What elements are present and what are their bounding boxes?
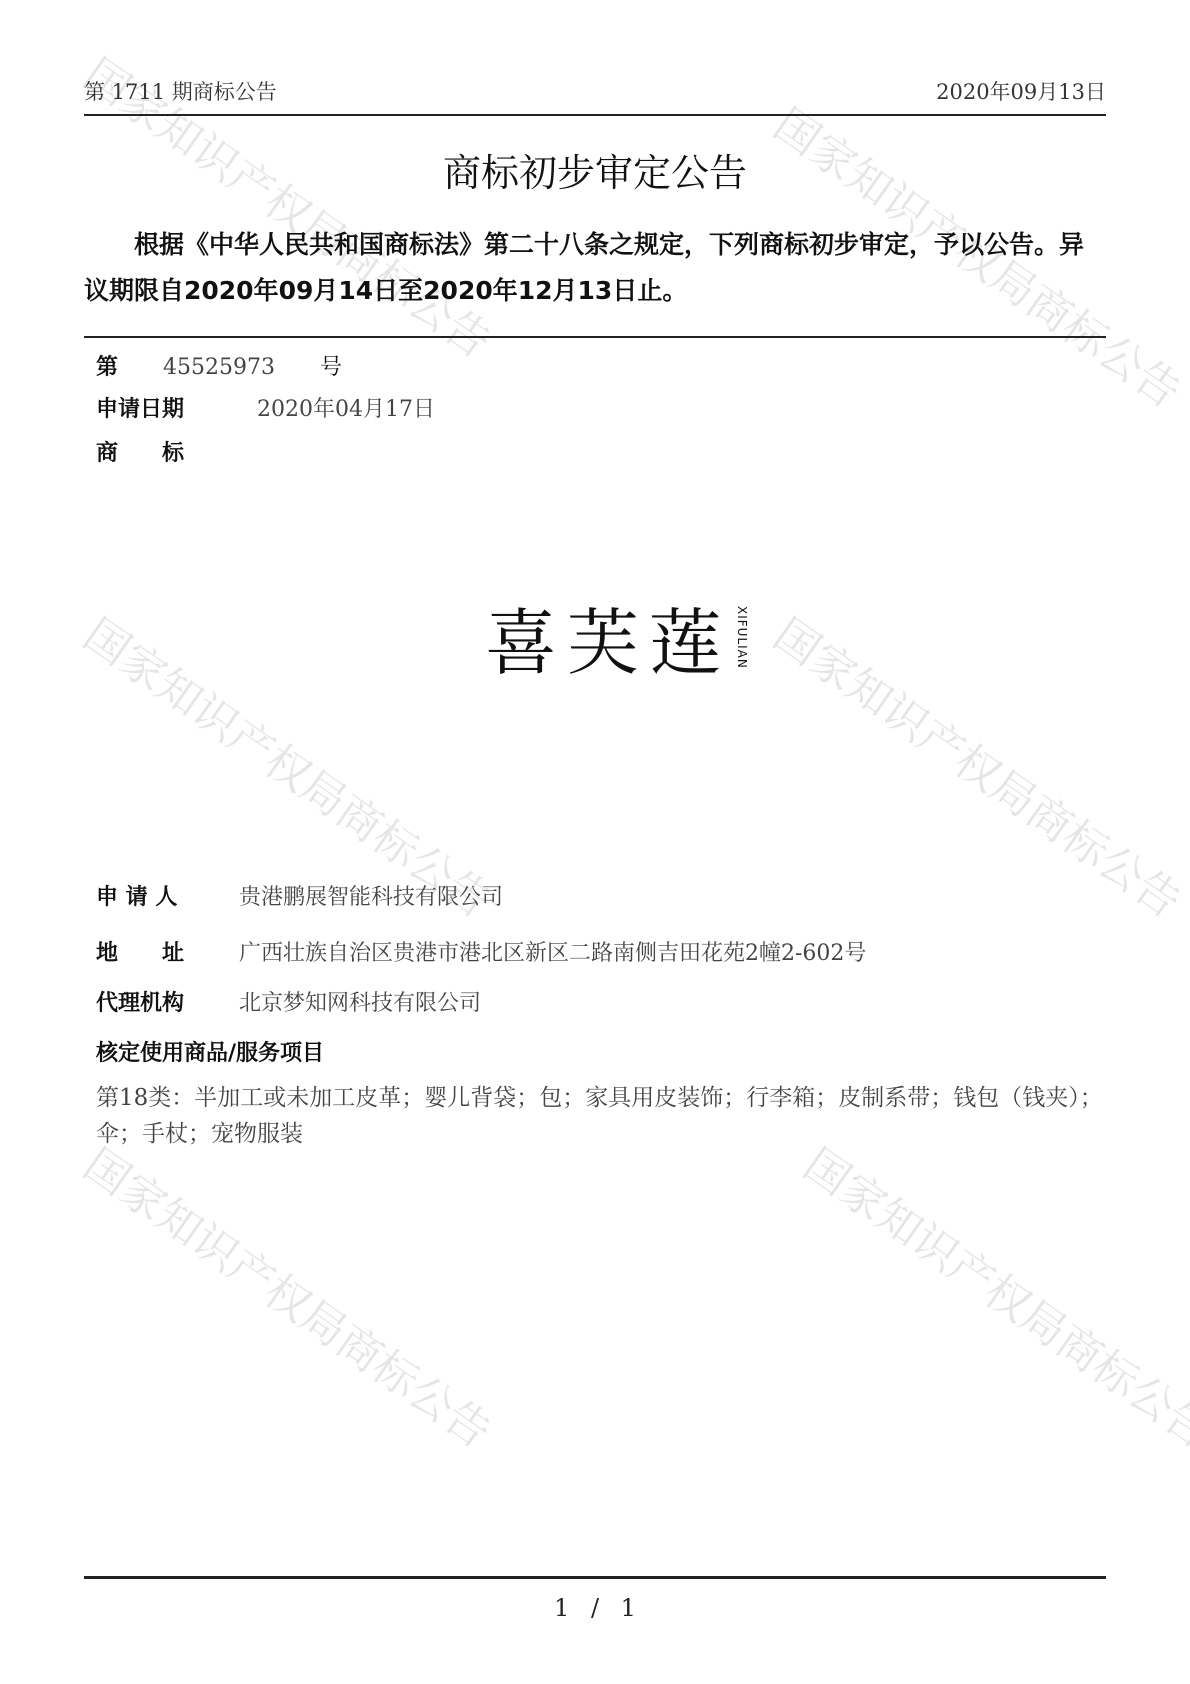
- trademark-row: 商 标: [96, 436, 184, 467]
- registration-number: 第 45525973 号: [96, 350, 342, 381]
- number-suffix: 号: [320, 350, 342, 381]
- agent-label: 代理机构: [96, 986, 232, 1017]
- application-date: 申请日期 2020年04月17日: [96, 392, 435, 423]
- trademark-image: 喜芙莲 XIFULIAN: [485, 585, 749, 689]
- application-date-label: 申请日期: [96, 392, 250, 423]
- intro-paragraph: 根据《中华人民共和国商标法》第二十八条之规定，下列商标初步审定，予以公告。异议期…: [84, 222, 1106, 314]
- applicant-value: 贵港鹏展智能科技有限公司: [239, 885, 503, 910]
- goods-heading-row: 核定使用商品/服务项目: [96, 1036, 324, 1067]
- applicant-label: 申 请 人: [96, 880, 232, 911]
- applicant-row: 申 请 人 贵港鹏展智能科技有限公司: [96, 880, 503, 911]
- number-value: 45525973: [163, 355, 275, 380]
- trademark-pinyin: XIFULIAN: [735, 606, 749, 669]
- page-header: 第 1711 期商标公告 2020年09月13日: [84, 76, 1106, 110]
- page-title: 商标初步审定公告: [0, 142, 1190, 197]
- address-label: 地 址: [96, 936, 232, 967]
- footer-divider: [84, 1576, 1106, 1579]
- goods-label: 核定使用商品/服务项目: [96, 1036, 324, 1067]
- goods-list: 第18类：半加工或未加工皮革；婴儿背袋；包；家具用皮装饰；行李箱；皮制系带；钱包…: [96, 1080, 1106, 1152]
- number-prefix: 第: [96, 350, 118, 381]
- trademark-label: 商 标: [96, 436, 184, 467]
- address-value: 广西壮族自治区贵港市港北区新区二路南侧吉田花苑2幢2-602号: [239, 941, 866, 966]
- header-divider: [84, 114, 1106, 116]
- section-divider: [84, 336, 1106, 338]
- application-date-value: 2020年04月17日: [257, 397, 435, 422]
- page-number: 1 / 1: [0, 1594, 1190, 1622]
- watermark: 国家知识产权局商标公告: [73, 1130, 506, 1460]
- agent-row: 代理机构 北京梦知网科技有限公司: [96, 986, 481, 1017]
- issue-date: 2020年09月13日: [936, 76, 1106, 106]
- agent-value: 北京梦知网科技有限公司: [239, 991, 481, 1016]
- trademark-text: 喜芙莲: [485, 585, 731, 689]
- address-row: 地 址 广西壮族自治区贵港市港北区新区二路南侧吉田花苑2幢2-602号: [96, 936, 866, 967]
- issue-number: 第 1711 期商标公告: [84, 76, 277, 106]
- watermark: 国家知识产权局商标公告: [793, 1130, 1190, 1460]
- watermark: 国家知识产权局商标公告: [763, 600, 1190, 930]
